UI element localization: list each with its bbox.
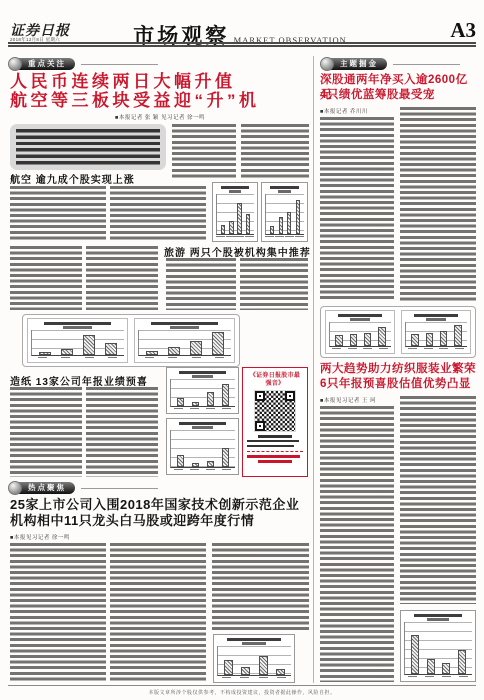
chart-plot-area xyxy=(138,330,231,356)
badge-ball-icon xyxy=(8,481,22,495)
body-text-placeholder xyxy=(320,406,394,682)
chart-bar xyxy=(207,461,215,466)
chart-bar xyxy=(177,398,185,406)
chart-plot-area xyxy=(216,194,254,235)
chart-title-placeholder xyxy=(405,313,467,322)
chart-bar xyxy=(442,663,450,673)
headline-a3-line2: 4只绩优蓝筹股最受宠 xyxy=(320,88,478,103)
badge-ball-icon xyxy=(320,57,334,71)
chart-title-placeholder xyxy=(170,370,235,379)
chart-plot-area xyxy=(170,379,235,407)
chart-bar xyxy=(335,335,342,346)
chart-plot-area xyxy=(31,330,124,356)
badge-focus-label: 重点关注 xyxy=(18,58,75,70)
chart-bar xyxy=(221,225,225,234)
chart-title-placeholder xyxy=(404,613,472,622)
body-text-placeholder xyxy=(10,543,106,682)
chart-x-axis-labels xyxy=(329,347,391,352)
body-text-placeholder xyxy=(10,387,82,477)
chart-bar xyxy=(241,667,250,675)
footer-disclaimer: 本版文章所涉个股仅供参考，不构成投资建议，投资者据此操作，风险自担。 xyxy=(30,689,454,696)
badge-hotspot: 热点聚焦 xyxy=(8,481,158,495)
subhead-aviation: 航空 逾九成个股实现上涨 xyxy=(10,171,135,186)
chart-bar xyxy=(270,226,274,233)
body-text-placeholder xyxy=(166,258,236,310)
chart-bar xyxy=(168,347,179,354)
badge-hotspot-label: 热点聚焦 xyxy=(18,482,75,494)
chart-bar xyxy=(350,334,357,346)
body-text-placeholder xyxy=(86,246,158,310)
chart-bar xyxy=(279,217,283,234)
body-text-placeholder xyxy=(110,543,206,682)
byline-a4: ■本报见习记者 王 珂 xyxy=(320,396,410,404)
chart-bar xyxy=(378,327,385,345)
chart-title-placeholder xyxy=(138,321,231,330)
chart-bar xyxy=(246,214,250,234)
header-rule xyxy=(8,42,476,47)
chart-bar xyxy=(259,656,268,675)
headline-a1-line1: 人民币连续两日大幅升值 xyxy=(10,72,312,91)
body-text-placeholder xyxy=(110,186,206,242)
body-text-placeholder xyxy=(172,124,236,178)
byline-a1: ■本报记者 张 颖 见习记者 徐一鸣 xyxy=(10,113,310,121)
chart-title-placeholder xyxy=(265,185,304,194)
chart-title-placeholder xyxy=(31,321,124,330)
chart-title-placeholder xyxy=(217,637,291,646)
qr-code xyxy=(255,391,295,431)
chart-bar xyxy=(440,331,447,346)
badge-ball-icon xyxy=(8,57,22,71)
chart-bar xyxy=(296,200,300,234)
qr-promo-box: 《证券日报股市最强音》 xyxy=(242,367,308,477)
chart-bar xyxy=(61,349,72,354)
chart-bar xyxy=(207,392,215,405)
chart-bar xyxy=(177,455,185,467)
chart-x-axis-labels xyxy=(405,347,467,352)
body-text-placeholder xyxy=(212,543,309,630)
chart-bar xyxy=(458,650,466,673)
badge-focus: 重点关注 xyxy=(8,57,158,71)
chart-title-placeholder xyxy=(170,421,235,430)
column-divider xyxy=(313,56,314,683)
badge-line xyxy=(393,64,460,65)
body-text-placeholder xyxy=(400,107,476,302)
chart-bar xyxy=(192,402,200,406)
chart-bar xyxy=(276,669,285,675)
badge-theme-label: 主题掘金 xyxy=(330,58,387,70)
mini-bar-chart-textile xyxy=(400,610,476,682)
chart-plot-area xyxy=(170,430,235,468)
body-text-placeholder xyxy=(10,186,106,242)
newspaper-page: 证券日报 2018年12月8日 星期六 市场观察 MARKET OBSERVAT… xyxy=(0,0,484,700)
chart-plot-area xyxy=(405,322,467,347)
chart-bar xyxy=(222,384,230,405)
chart-x-axis-labels xyxy=(404,675,472,680)
chart-bar xyxy=(222,448,230,466)
chart-pair-box-szconnect xyxy=(320,306,476,358)
chart-x-axis-labels xyxy=(170,468,235,473)
chart-bar xyxy=(411,635,419,674)
chart-bar xyxy=(105,343,116,354)
mini-bar-chart-aviation-1 xyxy=(212,182,258,242)
body-text-placeholder xyxy=(86,387,158,477)
headline-a2-line1: 25家上市公司入围2018年国家技术创新示范企业 xyxy=(10,497,312,513)
qr-dashed-divider xyxy=(247,451,303,452)
chart-bar xyxy=(229,221,233,234)
body-text-placeholder xyxy=(320,117,394,302)
byline-a2: ■本报见习记者 徐一鸣 xyxy=(10,533,130,541)
body-text-placeholder xyxy=(241,124,309,178)
mini-bar-chart-innovation xyxy=(213,634,295,683)
chart-bar xyxy=(454,325,461,346)
subhead-travel: 旅游 两只个股被机构集中推荐 xyxy=(164,244,311,259)
chart-bar xyxy=(190,341,201,354)
chart-bar xyxy=(212,332,223,354)
headline-a1-line2: 航空等三板块受益迎“升”机 xyxy=(10,91,312,110)
badge-line xyxy=(81,488,158,489)
byline-a3: ■本报记者 乔川川 xyxy=(320,107,400,115)
subhead-paper: 造纸 13家公司年报业绩预喜 xyxy=(10,373,148,388)
chart-x-axis-labels xyxy=(216,235,254,240)
chart-x-axis-labels xyxy=(138,356,231,361)
qr-caption-placeholder xyxy=(247,435,303,447)
footer-rule xyxy=(8,685,476,686)
chart-x-axis-labels xyxy=(265,235,304,240)
qr-red-note-placeholder xyxy=(247,455,303,462)
chart-x-axis-labels xyxy=(217,676,291,681)
mini-bar-chart-paper-1 xyxy=(166,367,239,414)
body-text-placeholder xyxy=(400,396,476,604)
chart-bar xyxy=(224,660,233,674)
badge-theme: 主题掘金 xyxy=(320,57,460,71)
chart-bar xyxy=(237,203,241,234)
qr-finder-icon xyxy=(255,421,265,431)
mini-bar-chart-paper-2 xyxy=(166,418,239,475)
chart-bar xyxy=(427,659,435,673)
mini-bar-chart-szconnect-2 xyxy=(401,310,471,354)
chart-title-placeholder xyxy=(216,185,254,194)
qr-finder-icon xyxy=(285,391,295,401)
lead-text-placeholder xyxy=(16,129,160,165)
chart-pair-box-travel xyxy=(22,314,240,367)
mini-bar-chart-travel-2 xyxy=(134,318,235,363)
mini-bar-chart-travel-1 xyxy=(27,318,128,363)
lead-paragraph-box xyxy=(10,124,166,170)
badge-line xyxy=(81,64,158,65)
chart-bar xyxy=(287,212,291,234)
chart-bar xyxy=(83,335,94,354)
chart-title-placeholder xyxy=(329,313,391,322)
page-number: A3 xyxy=(434,18,476,43)
chart-bar xyxy=(192,463,200,467)
headline-a4-line2: 6只年报预喜股估值优势凸显 xyxy=(320,377,478,392)
body-text-placeholder xyxy=(10,246,82,310)
chart-plot-area xyxy=(265,194,304,235)
chart-x-axis-labels xyxy=(170,407,235,412)
chart-bar xyxy=(364,333,371,346)
qr-box-title: 《证券日报股市最强音》 xyxy=(247,372,303,388)
chart-bar xyxy=(411,334,418,346)
chart-bar xyxy=(146,351,157,355)
mini-bar-chart-szconnect-1 xyxy=(325,310,395,354)
chart-plot-area xyxy=(404,622,472,675)
chart-x-axis-labels xyxy=(31,356,124,361)
body-text-placeholder xyxy=(240,258,308,310)
chart-bar xyxy=(39,352,50,355)
chart-plot-area xyxy=(329,322,391,347)
chart-plot-area xyxy=(217,646,291,676)
qr-finder-icon xyxy=(255,391,265,401)
headline-a2-line2: 机构相中11只龙头白马股或迎跨年度行情 xyxy=(10,513,312,529)
chart-bar xyxy=(426,333,433,346)
mini-bar-chart-aviation-2 xyxy=(261,182,308,242)
headline-a4-line1: 两大趋势助力纺织服装业繁荣 xyxy=(320,362,478,377)
